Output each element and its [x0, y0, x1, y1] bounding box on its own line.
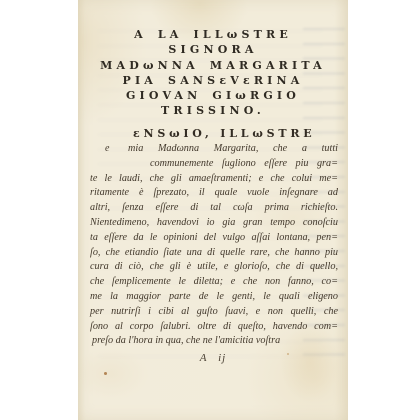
heading-line: A LA ILLωSTRE	[78, 27, 348, 42]
body-line: che ſemplicemente le diletta; e che non …	[90, 275, 338, 290]
body-line: altri, ſenza eſſere di tal cωſa prima ri…	[90, 201, 338, 216]
scan-backdrop: A LA ILLωSTRE SIGNORA MADωNNA MARGARITA …	[0, 0, 420, 420]
body-line: ta eſſere da le opinioni del vulgo aſſai…	[90, 231, 338, 246]
body-line: me la maggior parte de le genti, le qual…	[90, 290, 338, 305]
paper-stain	[280, 322, 340, 402]
body-line: cura di ciò, che gli è utile, e glorioſo…	[90, 260, 338, 275]
heading-line: GIOVAN GIωRGIO	[78, 88, 348, 103]
body-line: ritamente è ſprezato, il quale vuole inſ…	[90, 186, 338, 201]
dedication-body: e mia Madωnna Margarita, che a tutti com…	[90, 142, 338, 349]
body-line: communemente ſugliono eſſere piu gra=	[90, 157, 338, 172]
guide-letter: e	[105, 142, 109, 157]
body-line: per nutrirſi i cibi al guſto ſuavi, e no…	[90, 305, 338, 320]
body-line: Nientedimeno, havendovi io gia gran temp…	[90, 216, 338, 231]
paper-speck	[104, 372, 107, 375]
body-line: ſo, che etiandio ſiate una di quelle rar…	[90, 246, 338, 261]
dedication-heading: A LA ILLωSTRE SIGNORA MADωNNA MARGARITA …	[78, 27, 348, 119]
body-line: e mia Madωnna Margarita, che a tutti	[90, 142, 338, 157]
heading-line: TRISSINO.	[78, 103, 348, 118]
incipit-line: εNSωIO, ILLωSTRE	[133, 127, 315, 140]
body-line: te le laudi, che gli amaeſtramenti; e ch…	[90, 172, 338, 187]
heading-line: MADωNNA MARGARITA	[78, 58, 348, 73]
heading-line: SIGNORA	[78, 42, 348, 57]
body-line-text: mia Madωnna Margarita, che a tutti	[128, 143, 338, 154]
heading-line: PIA SANSεVεRINA	[78, 73, 348, 88]
book-page: A LA ILLωSTRE SIGNORA MADωNNA MARGARITA …	[78, 0, 348, 420]
